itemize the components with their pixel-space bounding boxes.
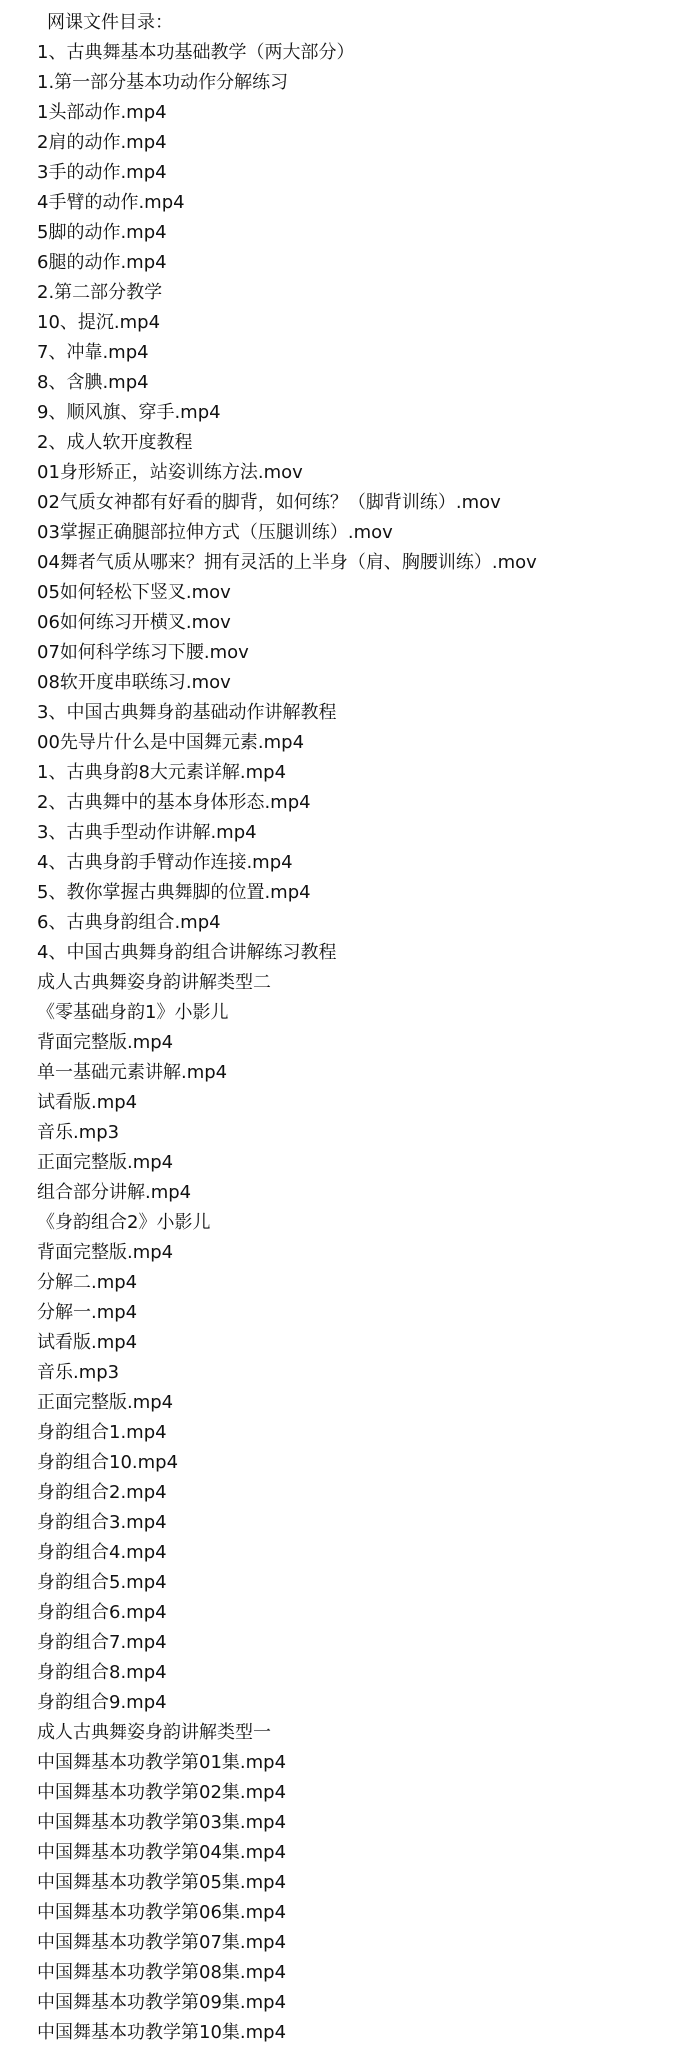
list-item: 背面完整版.mp4	[37, 1028, 697, 1058]
list-item: 中国舞基本功教学第06集.mp4	[37, 1898, 697, 1928]
list-item: 中国舞基本功教学第04集.mp4	[37, 1838, 697, 1868]
list-item: 身韵组合7.mp4	[37, 1628, 697, 1658]
list-item: 单一基础元素讲解.mp4	[37, 1058, 697, 1088]
list-item: 身韵组合9.mp4	[37, 1688, 697, 1718]
list-item: 2.第二部分教学	[37, 278, 697, 308]
list-item: 身韵组合6.mp4	[37, 1598, 697, 1628]
list-item: 9、顺风旗、穿手.mp4	[37, 398, 697, 428]
list-item: 中国舞基本功教学第02集.mp4	[37, 1778, 697, 1808]
list-item: 2肩的动作.mp4	[37, 128, 697, 158]
list-item: 02气质女神都有好看的脚背，如何练？（脚背训练）.mov	[37, 488, 697, 518]
list-item: 00先导片什么是中国舞元素.mp4	[37, 728, 697, 758]
list-item: 1.第一部分基本功动作分解练习	[37, 68, 697, 98]
list-item: 7、冲靠.mp4	[37, 338, 697, 368]
list-item: 试看版.mp4	[37, 1088, 697, 1118]
list-item: 06如何练习开横叉.mov	[37, 608, 697, 638]
document-title: 网课文件目录：	[37, 8, 697, 38]
list-item: 音乐.mp3	[37, 1358, 697, 1388]
list-item: 08软开度串联练习.mov	[37, 668, 697, 698]
list-item: 4手臂的动作.mp4	[37, 188, 697, 218]
list-item: 10、提沉.mp4	[37, 308, 697, 338]
list-item: 正面完整版.mp4	[37, 1388, 697, 1418]
list-item: 1、古典身韵8大元素详解.mp4	[37, 758, 697, 788]
list-item: 03掌握正确腿部拉伸方式（压腿训练）.mov	[37, 518, 697, 548]
list-item: 中国舞基本功教学第09集.mp4	[37, 1988, 697, 2018]
list-item: 3、中国古典舞身韵基础动作讲解教程	[37, 698, 697, 728]
file-list: 1、古典舞基本功基础教学（两大部分）1.第一部分基本功动作分解练习1头部动作.m…	[37, 38, 697, 2048]
list-item: 2、成人软开度教程	[37, 428, 697, 458]
list-item: 1头部动作.mp4	[37, 98, 697, 128]
list-item: 中国舞基本功教学第03集.mp4	[37, 1808, 697, 1838]
list-item: 试看版.mp4	[37, 1328, 697, 1358]
list-item: 身韵组合4.mp4	[37, 1538, 697, 1568]
list-item: 5、教你掌握古典舞脚的位置.mp4	[37, 878, 697, 908]
list-item: 中国舞基本功教学第05集.mp4	[37, 1868, 697, 1898]
list-item: 成人古典舞姿身韵讲解类型一	[37, 1718, 697, 1748]
list-item: 04舞者气质从哪来？拥有灵活的上半身（肩、胸腰训练）.mov	[37, 548, 697, 578]
list-item: 中国舞基本功教学第07集.mp4	[37, 1928, 697, 1958]
list-item: 07如何科学练习下腰.mov	[37, 638, 697, 668]
list-item: 5脚的动作.mp4	[37, 218, 697, 248]
list-item: 3、古典手型动作讲解.mp4	[37, 818, 697, 848]
list-item: 01身形矫正，站姿训练方法.mov	[37, 458, 697, 488]
list-item: 《身韵组合2》小影儿	[37, 1208, 697, 1238]
list-item: 4、古典身韵手臂动作连接.mp4	[37, 848, 697, 878]
list-item: 音乐.mp3	[37, 1118, 697, 1148]
list-item: 身韵组合8.mp4	[37, 1658, 697, 1688]
list-item: 中国舞基本功教学第01集.mp4	[37, 1748, 697, 1778]
list-item: 身韵组合10.mp4	[37, 1448, 697, 1478]
list-item: 组合部分讲解.mp4	[37, 1178, 697, 1208]
list-item: 身韵组合1.mp4	[37, 1418, 697, 1448]
list-item: 1、古典舞基本功基础教学（两大部分）	[37, 38, 697, 68]
list-item: 背面完整版.mp4	[37, 1238, 697, 1268]
list-item: 分解一.mp4	[37, 1298, 697, 1328]
list-item: 分解二.mp4	[37, 1268, 697, 1298]
list-item: 《零基础身韵1》小影儿	[37, 998, 697, 1028]
list-item: 2、古典舞中的基本身体形态.mp4	[37, 788, 697, 818]
list-item: 身韵组合3.mp4	[37, 1508, 697, 1538]
list-item: 中国舞基本功教学第10集.mp4	[37, 2018, 697, 2048]
list-item: 05如何轻松下竖叉.mov	[37, 578, 697, 608]
list-item: 身韵组合5.mp4	[37, 1568, 697, 1598]
file-directory-document: 网课文件目录： 1、古典舞基本功基础教学（两大部分）1.第一部分基本功动作分解练…	[37, 8, 697, 2048]
list-item: 身韵组合2.mp4	[37, 1478, 697, 1508]
list-item: 中国舞基本功教学第08集.mp4	[37, 1958, 697, 1988]
list-item: 4、中国古典舞身韵组合讲解练习教程	[37, 938, 697, 968]
list-item: 6腿的动作.mp4	[37, 248, 697, 278]
list-item: 8、含腆.mp4	[37, 368, 697, 398]
list-item: 3手的动作.mp4	[37, 158, 697, 188]
list-item: 6、古典身韵组合.mp4	[37, 908, 697, 938]
list-item: 成人古典舞姿身韵讲解类型二	[37, 968, 697, 998]
list-item: 正面完整版.mp4	[37, 1148, 697, 1178]
